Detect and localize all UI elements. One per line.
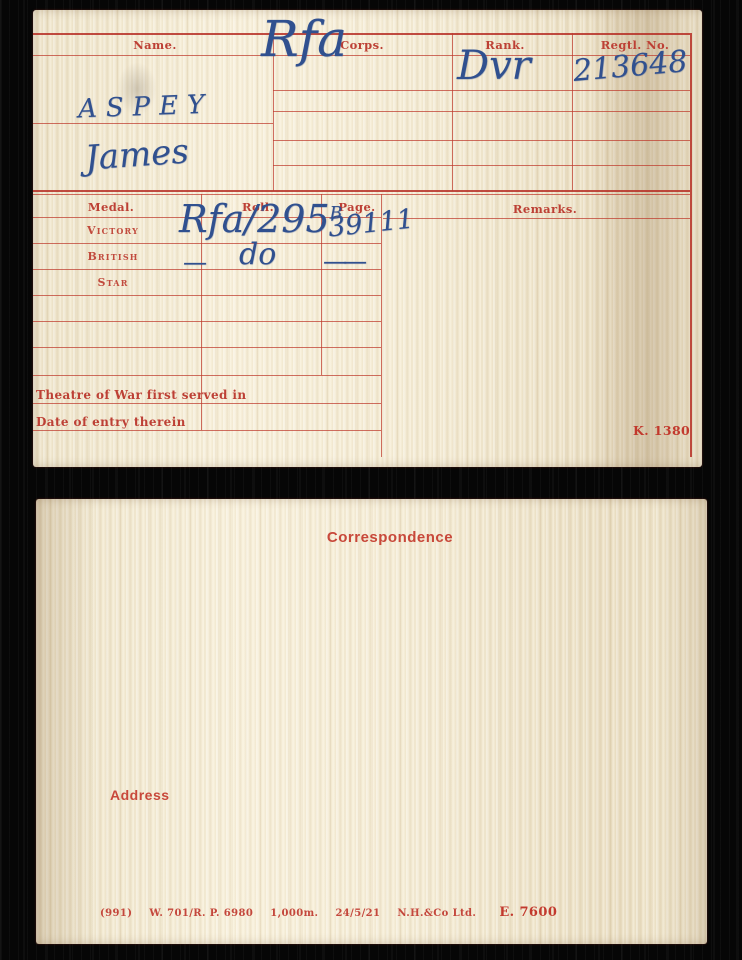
rule-line (273, 140, 690, 141)
date-of-entry-label: Date of entry therein (36, 415, 186, 429)
regimental-number-handwritten: 213648 (572, 47, 689, 87)
british-dash-left: — (183, 250, 207, 274)
address-label: Address (110, 787, 170, 803)
correspondence-card: Correspondence Address (991) W. 701/R. P… (36, 499, 707, 944)
correspondence-title: Correspondence (327, 529, 453, 546)
remarks-column-header: Remarks. (513, 202, 577, 216)
name-column-header: Name. (133, 38, 176, 52)
imprint-form-ref: W. 701/R. P. 6980 (149, 908, 253, 919)
rule-line (33, 33, 690, 35)
form-code-k1380: K. 1380 (633, 423, 690, 438)
victory-roll-handwritten: Rfa/295B (179, 200, 342, 238)
rule-line (33, 190, 690, 192)
rule-line (33, 375, 381, 376)
imprint-printer: N.H.&Co Ltd. (397, 908, 476, 919)
forename-handwritten: James (84, 134, 190, 175)
rule-line (273, 90, 690, 91)
rule-line (33, 403, 381, 404)
medal-row-british: British (87, 250, 138, 263)
corps-handwritten-value: Rfa (261, 14, 347, 64)
rule-line (33, 321, 381, 322)
medal-column-header: Medal. (88, 200, 134, 214)
imprint-quantity: 1,000m. (270, 908, 318, 919)
rule-line (33, 430, 381, 431)
printer-imprint-line: (991) W. 701/R. P. 6980 1,000m. 24/5/21 … (100, 905, 557, 920)
imprint-date: 24/5/21 (335, 908, 380, 919)
rule-line (33, 347, 381, 348)
medal-index-card: Name. Corps. Rank. Regtl. No. Medal. Rol… (33, 10, 702, 467)
victory-roll-text: Rfa/295 (179, 197, 330, 241)
rule-line (273, 111, 690, 112)
rule-line (273, 165, 690, 166)
rule-line (452, 33, 453, 191)
medal-row-victory: Victory (87, 224, 139, 237)
card-right-border (690, 33, 692, 457)
rule-line (33, 194, 690, 195)
rule-line (33, 123, 273, 124)
scan-background: { "colors": { "background": "#060606", "… (0, 0, 742, 960)
rank-handwritten-value: Dvr (457, 46, 531, 86)
surname-handwritten: ASPEY (78, 92, 214, 123)
rule-line (33, 243, 381, 244)
british-dash-right: —— (323, 249, 363, 273)
rule-line (383, 218, 690, 219)
british-ditto-handwritten: do (239, 240, 276, 270)
scan-shade-band (36, 499, 96, 944)
scan-shade-band (657, 499, 707, 944)
theatre-of-war-label: Theatre of War first served in (36, 388, 247, 402)
rule-line (33, 295, 381, 296)
medal-row-star: Star (97, 276, 128, 289)
form-code-e7600: E. 7600 (499, 905, 557, 920)
victory-page-handwritten: 39111 (327, 206, 415, 242)
imprint-batch: (991) (100, 908, 132, 919)
